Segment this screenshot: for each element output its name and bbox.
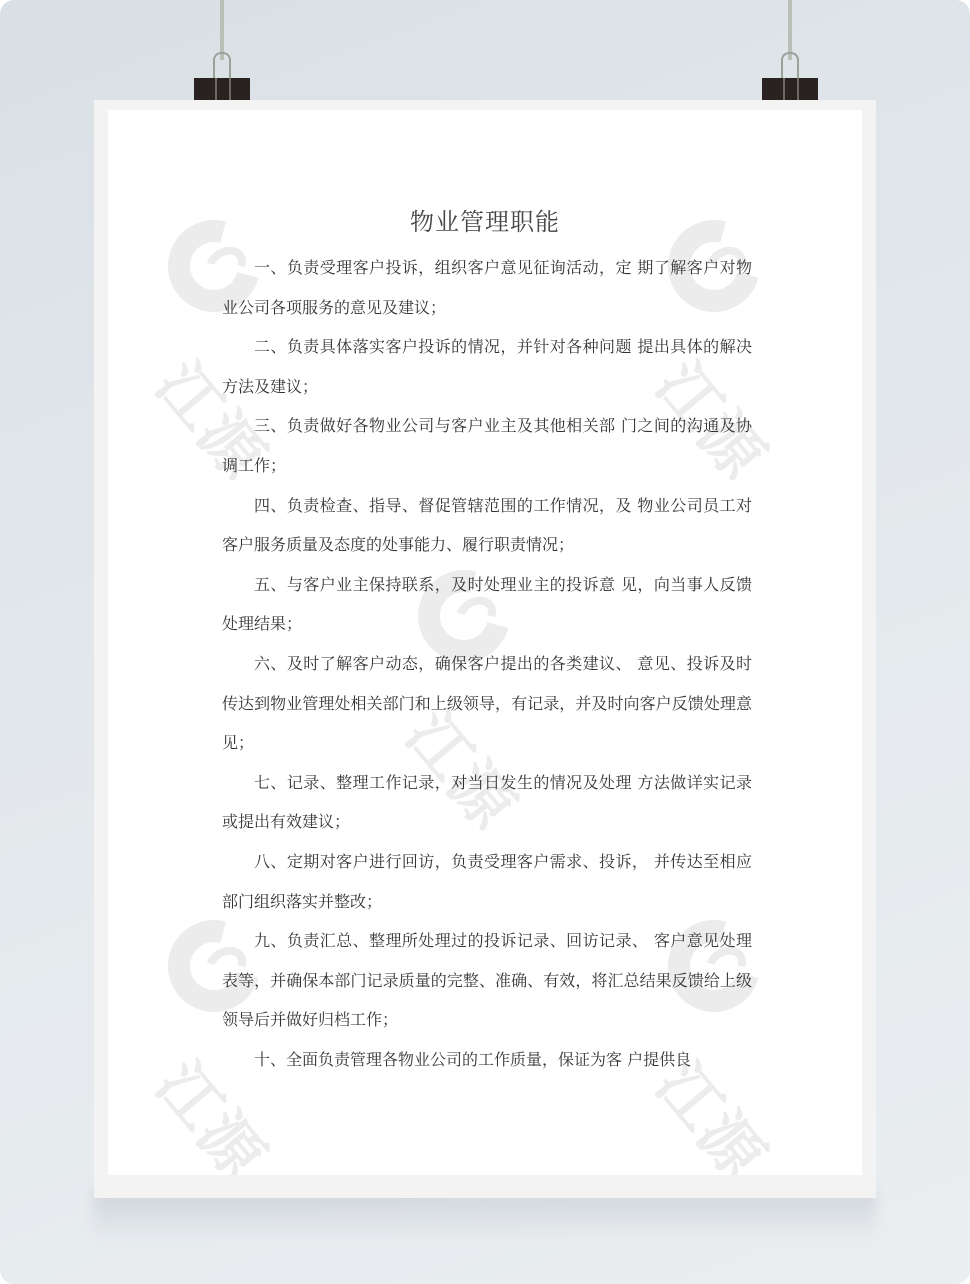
binder-clip-wire-left (213, 52, 231, 80)
hanging-string-right (788, 0, 792, 60)
paragraph-1: 一、负责受理客户投诉，组织客户意见征询活动，定 期了解客户对物业公司各项服务的意… (222, 248, 752, 327)
paragraph-9: 九、负责汇总、整理所处理过的投诉记录、回访记录、 客户意见处理表等，并确保本部门… (222, 921, 752, 1040)
paragraph-5: 五、与客户业主保持联系，及时处理业主的投诉意 见，向当事人反馈处理结果； (222, 565, 752, 644)
paragraph-3: 三、负责做好各物业公司与客户业主及其他相关部 门之间的沟通及协调工作； (222, 406, 752, 485)
paragraph-8: 八、定期对客户进行回访，负责受理客户需求、投诉， 并传达至相应部门组织落实并整改… (222, 842, 752, 921)
hanging-string-left (220, 0, 224, 60)
paragraph-10: 十、全面负责管理各物业公司的工作质量，保证为客 户提供良 (222, 1040, 752, 1080)
paragraph-4: 四、负责检查、指导、督促管辖范围的工作情况，及 物业公司员工对客户服务质量及态度… (222, 486, 752, 565)
binder-clip-wire-right (781, 52, 799, 80)
document-paper: 江源 江源 江源 江源 江源 物业管理职能 一、负责受理客户投诉，组织客户意见征… (108, 110, 862, 1175)
mockup-canvas: 江源 江源 江源 江源 江源 物业管理职能 一、负责受理客户投诉，组织客户意见征… (0, 0, 970, 1284)
paragraph-7: 七、记录、整理工作记录，对当日发生的情况及处理 方法做详实记录或提出有效建议； (222, 763, 752, 842)
paragraph-2: 二、负责具体落实客户投诉的情况，并针对各种问题 提出具体的解决方法及建议； (222, 327, 752, 406)
document-body: 一、负责受理客户投诉，组织客户意见征询活动，定 期了解客户对物业公司各项服务的意… (222, 248, 752, 1079)
document-title: 物业管理职能 (108, 202, 862, 237)
paragraph-6: 六、及时了解客户动态，确保客户提出的各类建议、 意见、投诉及时传达到物业管理处相… (222, 644, 752, 763)
